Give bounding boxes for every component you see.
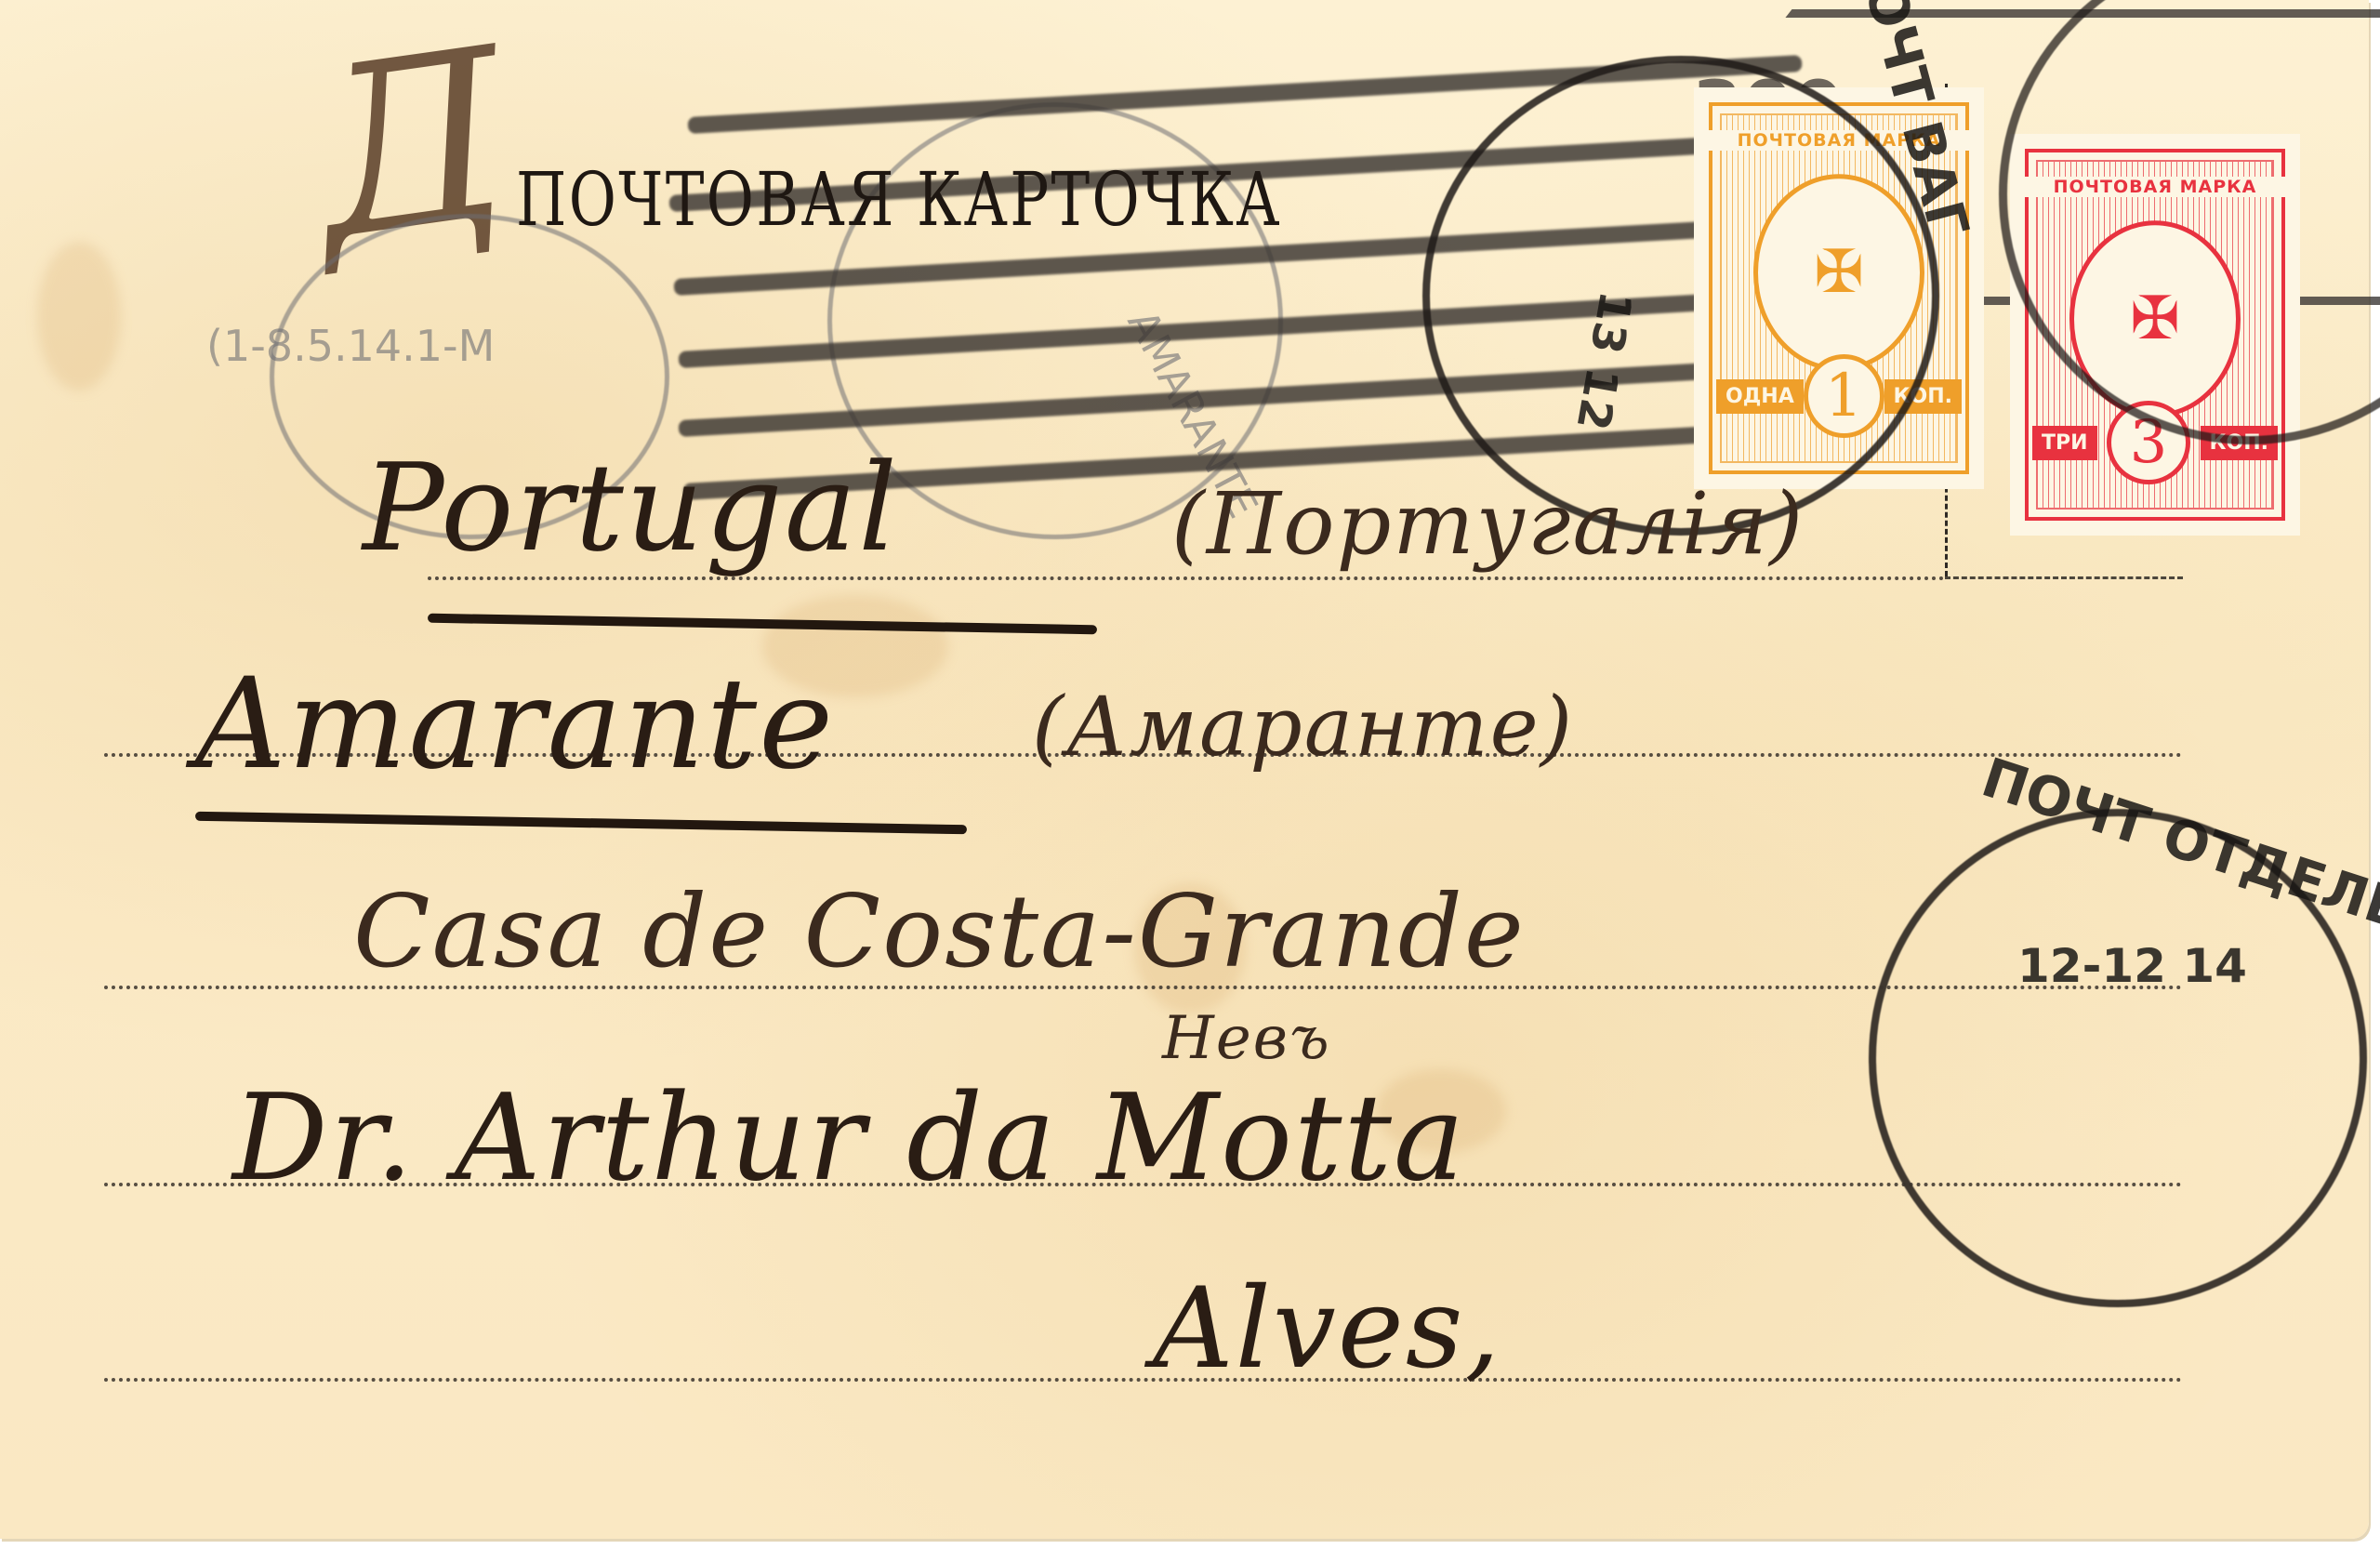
stain [37,242,121,391]
address-note: Невъ [1162,1004,1331,1073]
address-recipient-surname: Alves, [1153,1264,1502,1394]
address-country: Portugal [363,437,899,578]
departure-postmark [1422,56,1939,536]
postcard: Д (1-8.5.14.1-M AMARANTE ПОЧТОВАЯ КАРТОЧ… [0,0,2369,1539]
left-postmark-date: (1-8.5.14.1-M [206,321,495,371]
address-line-5 [104,1378,2183,1382]
stamp-box-bottom-border [1945,576,2183,579]
country-underline [428,614,1097,635]
card-title: ПОЧТОВАЯ КАРТОЧКА [516,156,1282,243]
address-house: Casa de Costa-Grande [353,874,1526,990]
address-recipient: Dr. Arthur da Motta [232,1069,1466,1208]
address-town: Amarante [195,651,835,797]
address-country-russian: (Португалія) [1171,474,1805,574]
stamp-value-word: ТРИ [2032,426,2097,460]
town-underline [195,812,967,834]
address-town-russian: (Амаранте) [1032,679,1574,774]
